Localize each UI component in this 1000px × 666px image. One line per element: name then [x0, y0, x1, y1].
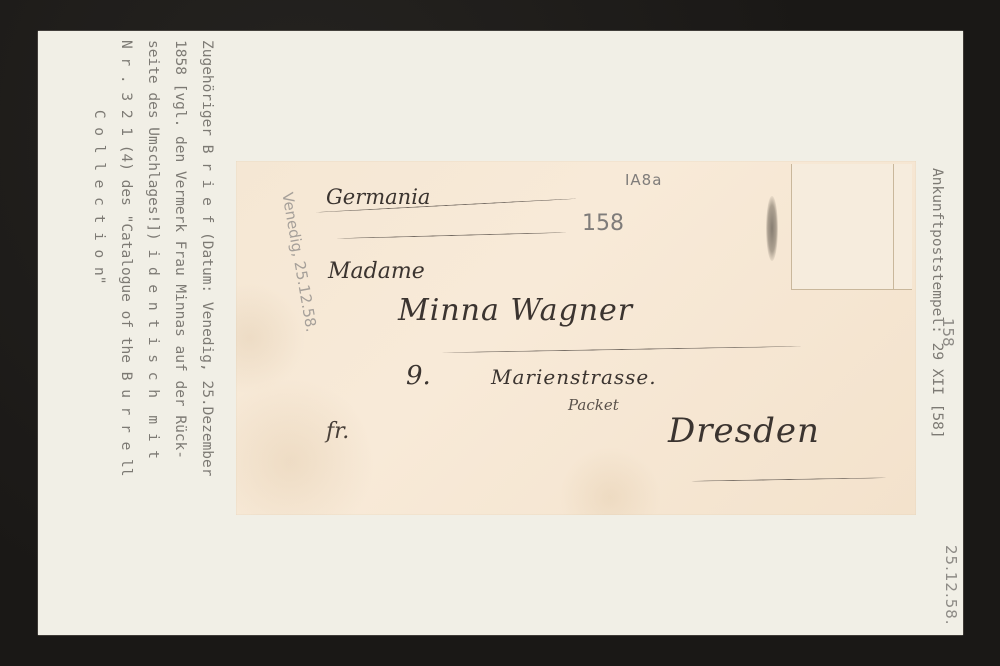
typed-line-5: C o l l e c t i o n" — [85, 40, 112, 477]
flourish-line — [336, 232, 566, 239]
typed-line-2: 1858 [vgl. den Vermerk Frau Minnas auf d… — [166, 40, 193, 477]
typed-line-4: N r . 3 2 1 (4) des "Catalogue of the B … — [112, 40, 139, 477]
address-street: Marienstrasse. — [491, 365, 657, 389]
envelope: IA8a 158 Venedig, 25.12.58. Germania Mad… — [236, 161, 916, 515]
address-packet-note: Packet — [568, 396, 619, 414]
typed-line-1: Zugehöriger B r i e f (Datum: Venedig, 2… — [193, 40, 220, 477]
envelope-flap — [791, 164, 912, 290]
address-salutation: Madame — [328, 259, 425, 284]
catalog-code: IA8a — [625, 171, 662, 189]
right-typed-note: Ankunftpoststempel: 29 XII [58] — [929, 168, 945, 439]
flap-fold — [893, 164, 912, 289]
right-pencil-date: 25.12.58. — [942, 545, 960, 626]
address-city: Dresden — [668, 411, 820, 451]
address-country: Germania — [326, 185, 430, 209]
wax-seal-remnant — [766, 196, 778, 261]
envelope-pencil-number: 158 — [582, 211, 624, 236]
left-typed-note: Zugehöriger B r i e f (Datum: Venedig, 2… — [85, 40, 220, 477]
right-pencil-number: 158 — [939, 318, 957, 347]
franco-mark: fr. — [326, 419, 349, 444]
flourish-line — [441, 346, 801, 353]
typed-line-3: seite des Umschlages!]) i d e n t i s c … — [139, 40, 166, 477]
address-house-number: 9. — [406, 361, 431, 391]
envelope-pencil-date-note: Venedig, 25.12.58. — [278, 191, 320, 333]
flourish-line — [691, 477, 886, 481]
address-recipient: Minna Wagner — [398, 293, 633, 328]
